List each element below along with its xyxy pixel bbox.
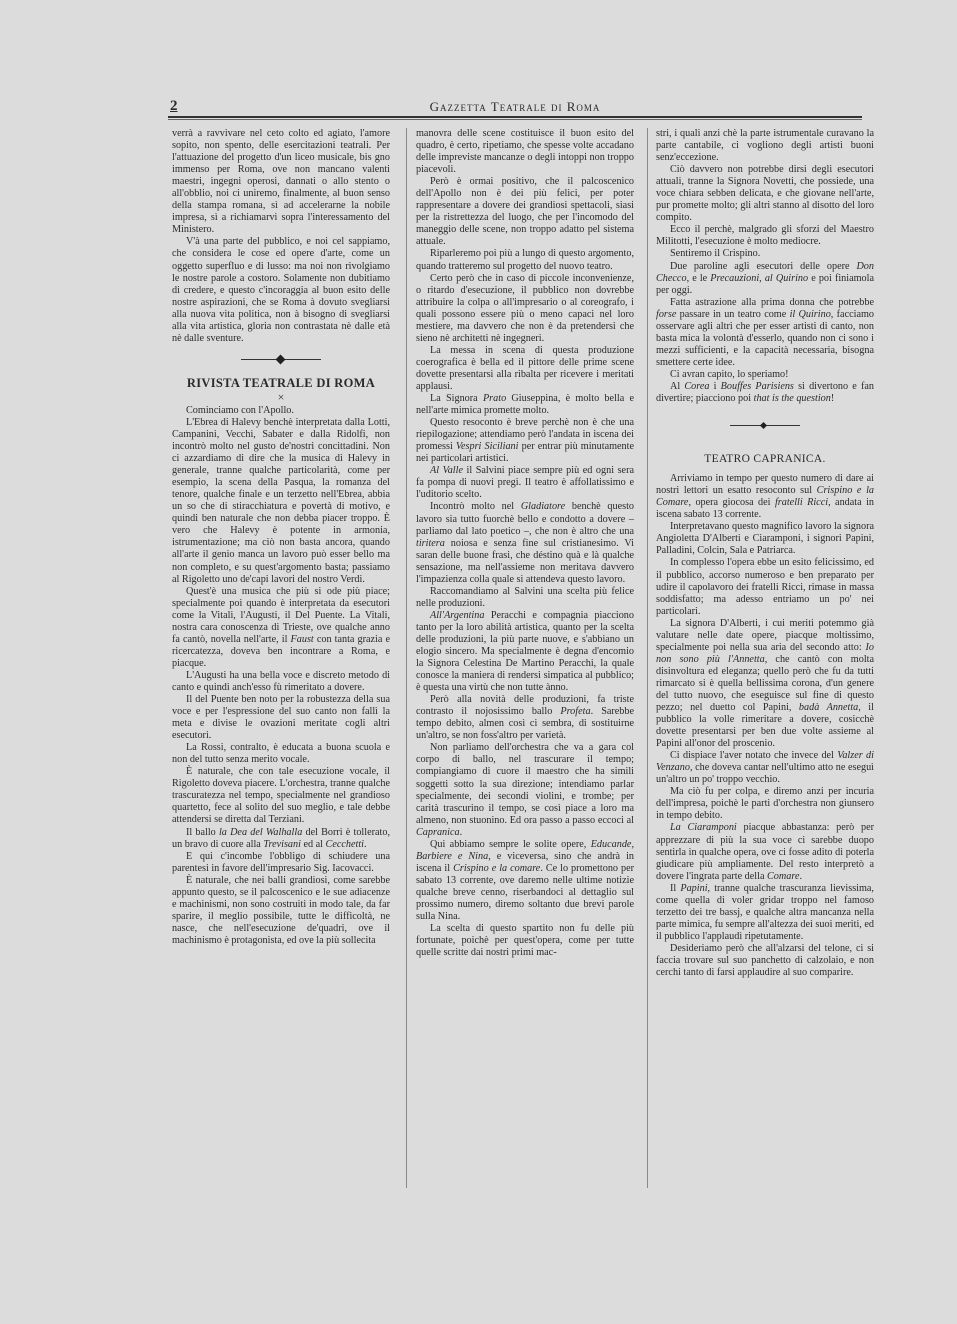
paragraph-text: passare in un teatro come bbox=[676, 309, 789, 320]
italic-title-text: that is the question bbox=[754, 393, 831, 404]
masthead-title: Gazzetta Teatrale di Roma bbox=[168, 99, 862, 115]
column-2: manovra delle scene costituisce il buon … bbox=[416, 128, 634, 959]
paragraph-text: La messa in scena di questa produzione c… bbox=[416, 345, 634, 392]
header-rule bbox=[168, 116, 862, 120]
article-paragraph: Questo resoconto è breve perchè non è ch… bbox=[416, 417, 634, 465]
paragraph-text: Ecco il perchè, malgrado gli sforzi del … bbox=[656, 224, 874, 247]
paragraph-text: La signora D'Alberti, i cui meriti potem… bbox=[656, 618, 874, 653]
paragraph-text: Incontrò molto nel bbox=[430, 501, 521, 512]
diamond-icon bbox=[276, 354, 286, 364]
article-paragraph: Cominciamo con l'Apollo. bbox=[172, 405, 390, 417]
paragraph-text: , e le bbox=[687, 273, 711, 284]
paragraph-text: Certo però che in caso di piccole inconv… bbox=[416, 273, 634, 344]
article-paragraph: La Signora Prato Giuseppina, è molto bel… bbox=[416, 393, 634, 417]
article-paragraph: Desideriamo però che all'alzarsi del tel… bbox=[656, 943, 874, 979]
article-paragraph: La signora D'Alberti, i cui meriti potem… bbox=[656, 618, 874, 751]
article-paragraph: Al Valle il Salvini piace sempre più ed … bbox=[416, 465, 634, 501]
italic-title-text: tiritera bbox=[416, 538, 445, 549]
section-divider-ornament bbox=[241, 355, 321, 363]
paragraph-text: . bbox=[799, 871, 802, 882]
article-paragraph: Ciò davvero non potrebbe dirsi degli ese… bbox=[656, 164, 874, 224]
paragraph-text: È naturale, che con tale esecuzione voca… bbox=[172, 766, 390, 825]
article-paragraph: Fatta astrazione alla prima donna che po… bbox=[656, 297, 874, 369]
article-paragraph: Il ballo la Dea del Walhalla del Borri è… bbox=[172, 827, 390, 851]
column-3: stri, i quali anzi chè la parte istrumen… bbox=[656, 128, 874, 979]
article-paragraph: L'Ebrea di Halevy benchè interpretata da… bbox=[172, 417, 390, 586]
article-paragraph: Ma ciò fu per colpa, e diremo anzi per i… bbox=[656, 786, 874, 822]
paragraph-text: manovra delle scene costituisce il buon … bbox=[416, 128, 634, 175]
paragraph-text: Il ballo bbox=[186, 827, 219, 838]
paragraph-text: Il bbox=[670, 883, 680, 894]
article-paragraph: Interpretavano questo magnifico lavoro l… bbox=[656, 521, 874, 557]
article-paragraph: La messa in scena di questa produzione c… bbox=[416, 345, 634, 393]
italic-title-text: Corea bbox=[684, 381, 709, 392]
paragraph-text: V'à una parte del pubblico, e noi cel sa… bbox=[172, 236, 390, 343]
article-paragraph: Ci avran capito, lo speriamo! bbox=[656, 369, 874, 381]
article-paragraph: Riparleremo poi più a lungo di questo ar… bbox=[416, 248, 634, 272]
article-paragraph: Però è ormai positivo, che il palcosceni… bbox=[416, 176, 634, 248]
paragraph-text: Fatta astrazione alla prima donna che po… bbox=[670, 297, 874, 308]
paragraph-text: . bbox=[364, 839, 367, 850]
article-paragraph: Qui abbiamo sempre le solite opere, Educ… bbox=[416, 839, 634, 923]
italic-title-text: Comare bbox=[767, 871, 799, 882]
italic-title-text: il Quirino bbox=[790, 309, 831, 320]
article-paragraph: verrà a ravvivare nel ceto colto ed agia… bbox=[172, 128, 390, 236]
italic-title-text: La Ciaramponi bbox=[670, 822, 737, 833]
italic-title-text: Gladiatore bbox=[521, 501, 565, 512]
paragraph-text: Ciò davvero non potrebbe dirsi degli ese… bbox=[656, 164, 874, 223]
article-paragraph: Il Papini, tranne qualche trascuranza li… bbox=[656, 883, 874, 943]
italic-title-text: All'Argentina bbox=[430, 610, 484, 621]
paragraph-text: Cominciamo con l'Apollo. bbox=[186, 405, 294, 416]
italic-title-text: la Dea del Walhalla bbox=[219, 827, 302, 838]
italic-title-text: Educande bbox=[591, 839, 632, 850]
article-paragraph: Due paroline agli esecutori delle opere … bbox=[656, 261, 874, 297]
article-paragraph: In complesso l'opera ebbe un esito felic… bbox=[656, 557, 874, 617]
paragraph-text: ed al bbox=[301, 839, 326, 850]
article-paragraph: È naturale, che con tale esecuzione voca… bbox=[172, 766, 390, 826]
paragraph-text: Desideriamo però che all'alzarsi del tel… bbox=[656, 943, 874, 978]
paragraph-text: La Rossi, contralto, è educata a buona s… bbox=[172, 742, 390, 765]
section-divider-ornament bbox=[730, 421, 800, 429]
article-paragraph: stri, i quali anzi chè la parte istrumen… bbox=[656, 128, 874, 164]
article-paragraph: Però alla novità delle produzioni, fa tr… bbox=[416, 694, 634, 742]
newspaper-page: 2 Gazzetta Teatrale di Roma verrà a ravv… bbox=[0, 0, 957, 1324]
paragraph-text: La scelta di questo spartito non fu dell… bbox=[416, 923, 634, 958]
paragraph-text: , bbox=[631, 839, 634, 850]
paragraph-text: Interpretavano questo magnifico lavoro l… bbox=[656, 521, 874, 556]
paragraph-text: Al bbox=[670, 381, 684, 392]
article-paragraph: La scelta di questo spartito non fu dell… bbox=[416, 923, 634, 959]
article-paragraph: È naturale, che nei balli grandiosi, com… bbox=[172, 875, 390, 947]
paragraph-text: È naturale, che nei balli grandiosi, com… bbox=[172, 875, 390, 946]
article-paragraph: L'Augusti ha una bella voce e discreto m… bbox=[172, 670, 390, 694]
paragraph-text: Peracchi e compagnia piacciono tanto per… bbox=[416, 610, 634, 693]
italic-title-text: badà Annetta bbox=[799, 702, 858, 713]
italic-title-text: Cecchetti bbox=[326, 839, 364, 850]
italic-title-text: Barbiere e Nina bbox=[416, 851, 488, 862]
article-paragraph: La Ciaramponi piacque abbastanza: però p… bbox=[656, 822, 874, 882]
article-paragraph: Certo però che in caso di piccole inconv… bbox=[416, 273, 634, 345]
paragraph-text: E qui c'incombe l'obbligo di schiudere u… bbox=[172, 851, 390, 874]
paragraph-text: Però è ormai positivo, che il palcosceni… bbox=[416, 176, 634, 247]
italic-title-text: Profeta bbox=[560, 706, 590, 717]
paragraph-text: . bbox=[460, 827, 463, 838]
article-paragraph: Il del Puente ben noto per la robustezza… bbox=[172, 694, 390, 742]
article-paragraph: manovra delle scene costituisce il buon … bbox=[416, 128, 634, 176]
paragraph-text: verrà a ravvivare nel ceto colto ed agia… bbox=[172, 128, 390, 235]
paragraph-text: Non parliamo dell'orchestra che va a gar… bbox=[416, 742, 634, 825]
column-divider bbox=[406, 128, 407, 1188]
article-paragraph: V'à una parte del pubblico, e noi cel sa… bbox=[172, 236, 390, 344]
paragraph-text: ! bbox=[831, 393, 834, 404]
paragraph-text: stri, i quali anzi chè la parte istrumen… bbox=[656, 128, 874, 163]
paragraph-text: Sentiremo il Crispino. bbox=[670, 248, 760, 259]
italic-title-text: Precauzioni bbox=[710, 273, 759, 284]
paragraph-text: Il del Puente ben noto per la robustezza… bbox=[172, 694, 390, 741]
paragraph-text: noiosa e senza fine sul cristianesimo. V… bbox=[416, 538, 634, 585]
italic-title-text: Trevisani bbox=[263, 839, 301, 850]
column-divider bbox=[647, 128, 648, 1188]
italic-title-text: Prato bbox=[483, 393, 506, 404]
section-heading: TEATRO CAPRANICA. bbox=[656, 453, 874, 465]
paragraph-text: Raccomandiamo al Salvini una scelta più … bbox=[416, 586, 634, 609]
italic-title-text: al Quirino bbox=[765, 273, 808, 284]
paragraph-text: Due paroline agli esecutori delle opere bbox=[670, 261, 856, 272]
article-paragraph: Sentiremo il Crispino. bbox=[656, 248, 874, 260]
paragraph-text: i bbox=[709, 381, 720, 392]
italic-title-text: Vespri Siciliani bbox=[456, 441, 519, 452]
italic-title-text: Capranica bbox=[416, 827, 460, 838]
italic-title-text: Crispino e la comare bbox=[453, 863, 540, 874]
cross-ornament-icon: × bbox=[172, 391, 390, 403]
italic-title-text: Bouffes Parisiens bbox=[721, 381, 794, 392]
section-heading: RIVISTA TEATRALE DI ROMA bbox=[172, 377, 390, 389]
paragraph-text: Riparleremo poi più a lungo di questo ar… bbox=[416, 248, 634, 271]
paragraph-text: L'Ebrea di Halevy benchè interpretata da… bbox=[172, 417, 390, 585]
article-paragraph: Quest'è una musica che più si ode più pi… bbox=[172, 586, 390, 670]
article-paragraph: E qui c'incombe l'obbligo di schiudere u… bbox=[172, 851, 390, 875]
article-paragraph: Non parliamo dell'orchestra che va a gar… bbox=[416, 742, 634, 838]
paragraph-text: Ci dispiace l'aver notato che invece del bbox=[670, 750, 837, 761]
article-paragraph: All'Argentina Peracchi e compagnia piacc… bbox=[416, 610, 634, 694]
italic-title-text: Papini bbox=[680, 883, 707, 894]
diamond-icon bbox=[760, 422, 767, 429]
paragraph-text: Ma ciò fu per colpa, e diremo anzi per i… bbox=[656, 786, 874, 821]
italic-title-text: fratelli Ricci bbox=[775, 497, 828, 508]
italic-title-text: Al Valle bbox=[430, 465, 463, 476]
article-paragraph: Raccomandiamo al Salvini una scelta più … bbox=[416, 586, 634, 610]
article-paragraph: Al Corea i Bouffes Parisiens si diverton… bbox=[656, 381, 874, 405]
article-paragraph: Arriviamo in tempo per questo numero di … bbox=[656, 473, 874, 521]
article-paragraph: Incontrò molto nel Gladiatore benchè que… bbox=[416, 501, 634, 585]
paragraph-text: Qui abbiamo sempre le solite opere, bbox=[430, 839, 591, 850]
paragraph-text: In complesso l'opera ebbe un esito felic… bbox=[656, 557, 874, 616]
paragraph-text: La Signora bbox=[430, 393, 483, 404]
paragraph-text: , opera giocosa dei bbox=[688, 497, 775, 508]
paragraph-text: L'Augusti ha una bella voce e discreto m… bbox=[172, 670, 390, 693]
column-1: verrà a ravvivare nel ceto colto ed agia… bbox=[172, 128, 390, 947]
italic-title-text: Faust bbox=[291, 634, 314, 645]
italic-title-text: forse bbox=[656, 309, 676, 320]
article-paragraph: Ci dispiace l'aver notato che invece del… bbox=[656, 750, 874, 786]
article-paragraph: Ecco il perchè, malgrado gli sforzi del … bbox=[656, 224, 874, 248]
article-paragraph: La Rossi, contralto, è educata a buona s… bbox=[172, 742, 390, 766]
paragraph-text: Ci avran capito, lo speriamo! bbox=[670, 369, 789, 380]
